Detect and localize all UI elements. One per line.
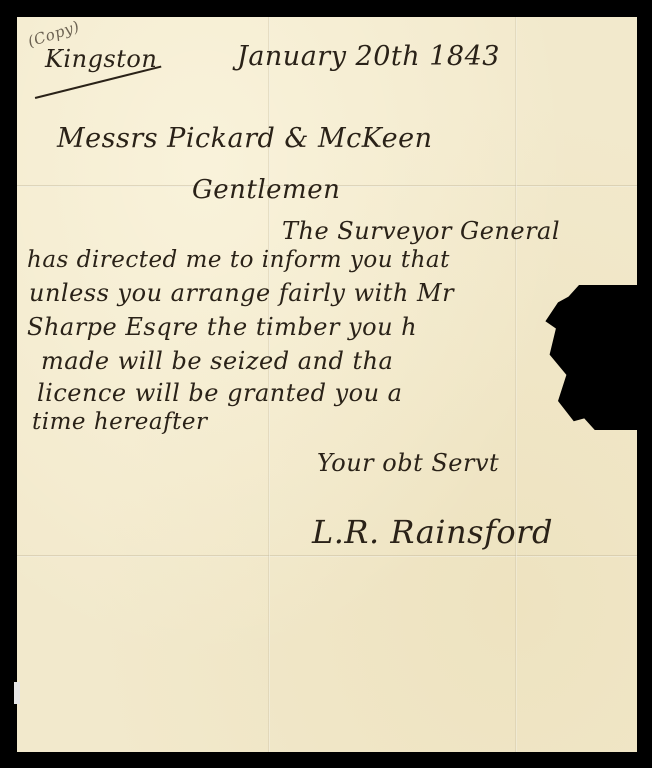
salutation: Gentlemen bbox=[192, 175, 340, 205]
addressee: Messrs Pickard & McKeen bbox=[57, 123, 433, 154]
place-heading: Kingston bbox=[45, 45, 157, 73]
body-line: licence will be granted you a bbox=[37, 379, 402, 407]
torn-section bbox=[537, 285, 637, 430]
body-line: time hereafter bbox=[32, 409, 207, 435]
letter-paper: (Copy) Kingston January 20th 1843 Messrs… bbox=[17, 17, 637, 752]
signature: L.R. Rainsford bbox=[312, 513, 553, 551]
date-heading: January 20th 1843 bbox=[237, 41, 500, 72]
body-line: has directed me to inform you that bbox=[27, 247, 450, 273]
fold-line-vertical bbox=[515, 17, 517, 752]
closing: Your obt Servt bbox=[317, 449, 499, 477]
body-line: Sharpe Esqre the timber you h bbox=[27, 313, 417, 341]
fold-line-horizontal bbox=[17, 555, 637, 557]
body-line: made will be seized and tha bbox=[41, 347, 393, 375]
body-line: unless you arrange fairly with Mr bbox=[29, 279, 454, 307]
body-line: The Surveyor General bbox=[282, 217, 560, 245]
mounting-tab bbox=[14, 682, 20, 704]
